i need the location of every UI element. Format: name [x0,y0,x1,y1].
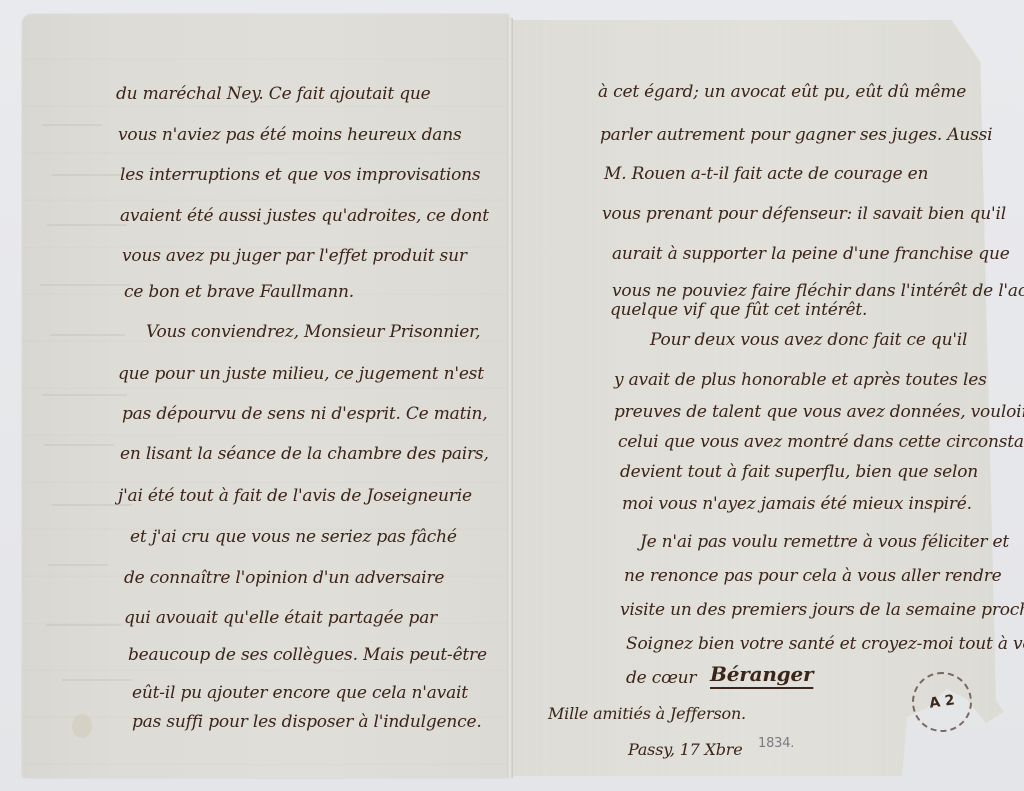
left-line-17: pas suffi pour les disposer à l'indulgen… [132,712,482,732]
photo-background: du maréchal Ney. Ce fait ajoutait que vo… [0,0,1024,791]
left-line-7: Vous conviendrez, Monsieur Prisonnier, [146,322,480,342]
left-line-2: vous n'aviez pas été moins heureux dans [118,125,461,145]
right-line-9: y avait de plus honorable et après toute… [614,370,987,390]
right-line-14: Je n'ai pas voulu remettre à vous félici… [640,532,1009,552]
pencil-year: 1834. [758,734,794,754]
postscript: Mille amitiés à Jefferson. [548,704,746,724]
right-line-3: M. Rouen a-t-il fait acte de courage en [604,164,928,184]
left-line-4: avaient été aussi justes qu'adroites, ce… [120,206,489,226]
left-line-1: du maréchal Ney. Ce fait ajoutait que [116,84,431,104]
dateline: Passy, 17 Xbre [628,740,743,760]
paper-stain [72,714,92,738]
right-line-10: preuves de talent que vous avez données,… [614,402,1024,422]
right-line-5: aurait à supporter la peine d'une franch… [612,244,1010,264]
right-line-18: de cœur [626,668,696,688]
center-fold [507,18,513,778]
left-line-3: les interruptions et que vos improvisati… [120,165,480,185]
left-line-9: pas dépourvu de sens ni d'esprit. Ce mat… [122,404,487,424]
right-line-6: vous ne pouviez faire fléchir dans l'int… [612,281,1024,301]
right-line-2: parler autrement pour gagner ses juges. … [600,125,992,145]
left-line-8: que pour un juste milieu, ce jugement n'… [118,364,484,384]
right-line-17: Soignez bien votre santé et croyez-moi t… [626,634,1024,654]
left-line-6: ce bon et brave Faullmann. [124,282,354,302]
signature: Béranger [710,664,813,684]
left-line-11: j'ai été tout à fait de l'avis de Joseig… [118,486,472,506]
right-line-11: celui que vous avez montré dans cette ci… [618,432,1024,452]
left-line-12: et j'ai cru que vous ne seriez pas fâché [130,527,457,547]
right-line-1: à cet égard; un avocat eût pu, eût dû mê… [598,82,966,102]
left-line-13: de connaître l'opinion d'un adversaire [124,568,444,588]
right-line-7: quelque vif que fût cet intérêt. [610,300,867,320]
left-line-14: qui avouait qu'elle était partagée par [124,608,437,628]
left-line-15: beaucoup de ses collègues. Mais peut-êtr… [128,645,487,665]
right-line-16: visite un des premiers jours de la semai… [620,600,1024,620]
right-line-13: moi vous n'ayez jamais été mieux inspiré… [622,494,972,514]
right-line-15: ne renonce pas pour cela à vous aller re… [624,566,1001,586]
stamp-text: A 2 [928,692,955,711]
right-line-8: Pour deux vous avez donc fait ce qu'il [650,330,967,350]
left-line-16: eût-il pu ajouter encore que cela n'avai… [132,683,468,703]
right-line-4: vous prenant pour défenseur: il savait b… [602,204,1006,224]
left-line-10: en lisant la séance de la chambre des pa… [120,444,489,464]
left-line-5: vous avez pu juger par l'effet produit s… [122,246,467,266]
right-line-12: devient tout à fait superflu, bien que s… [620,462,978,482]
